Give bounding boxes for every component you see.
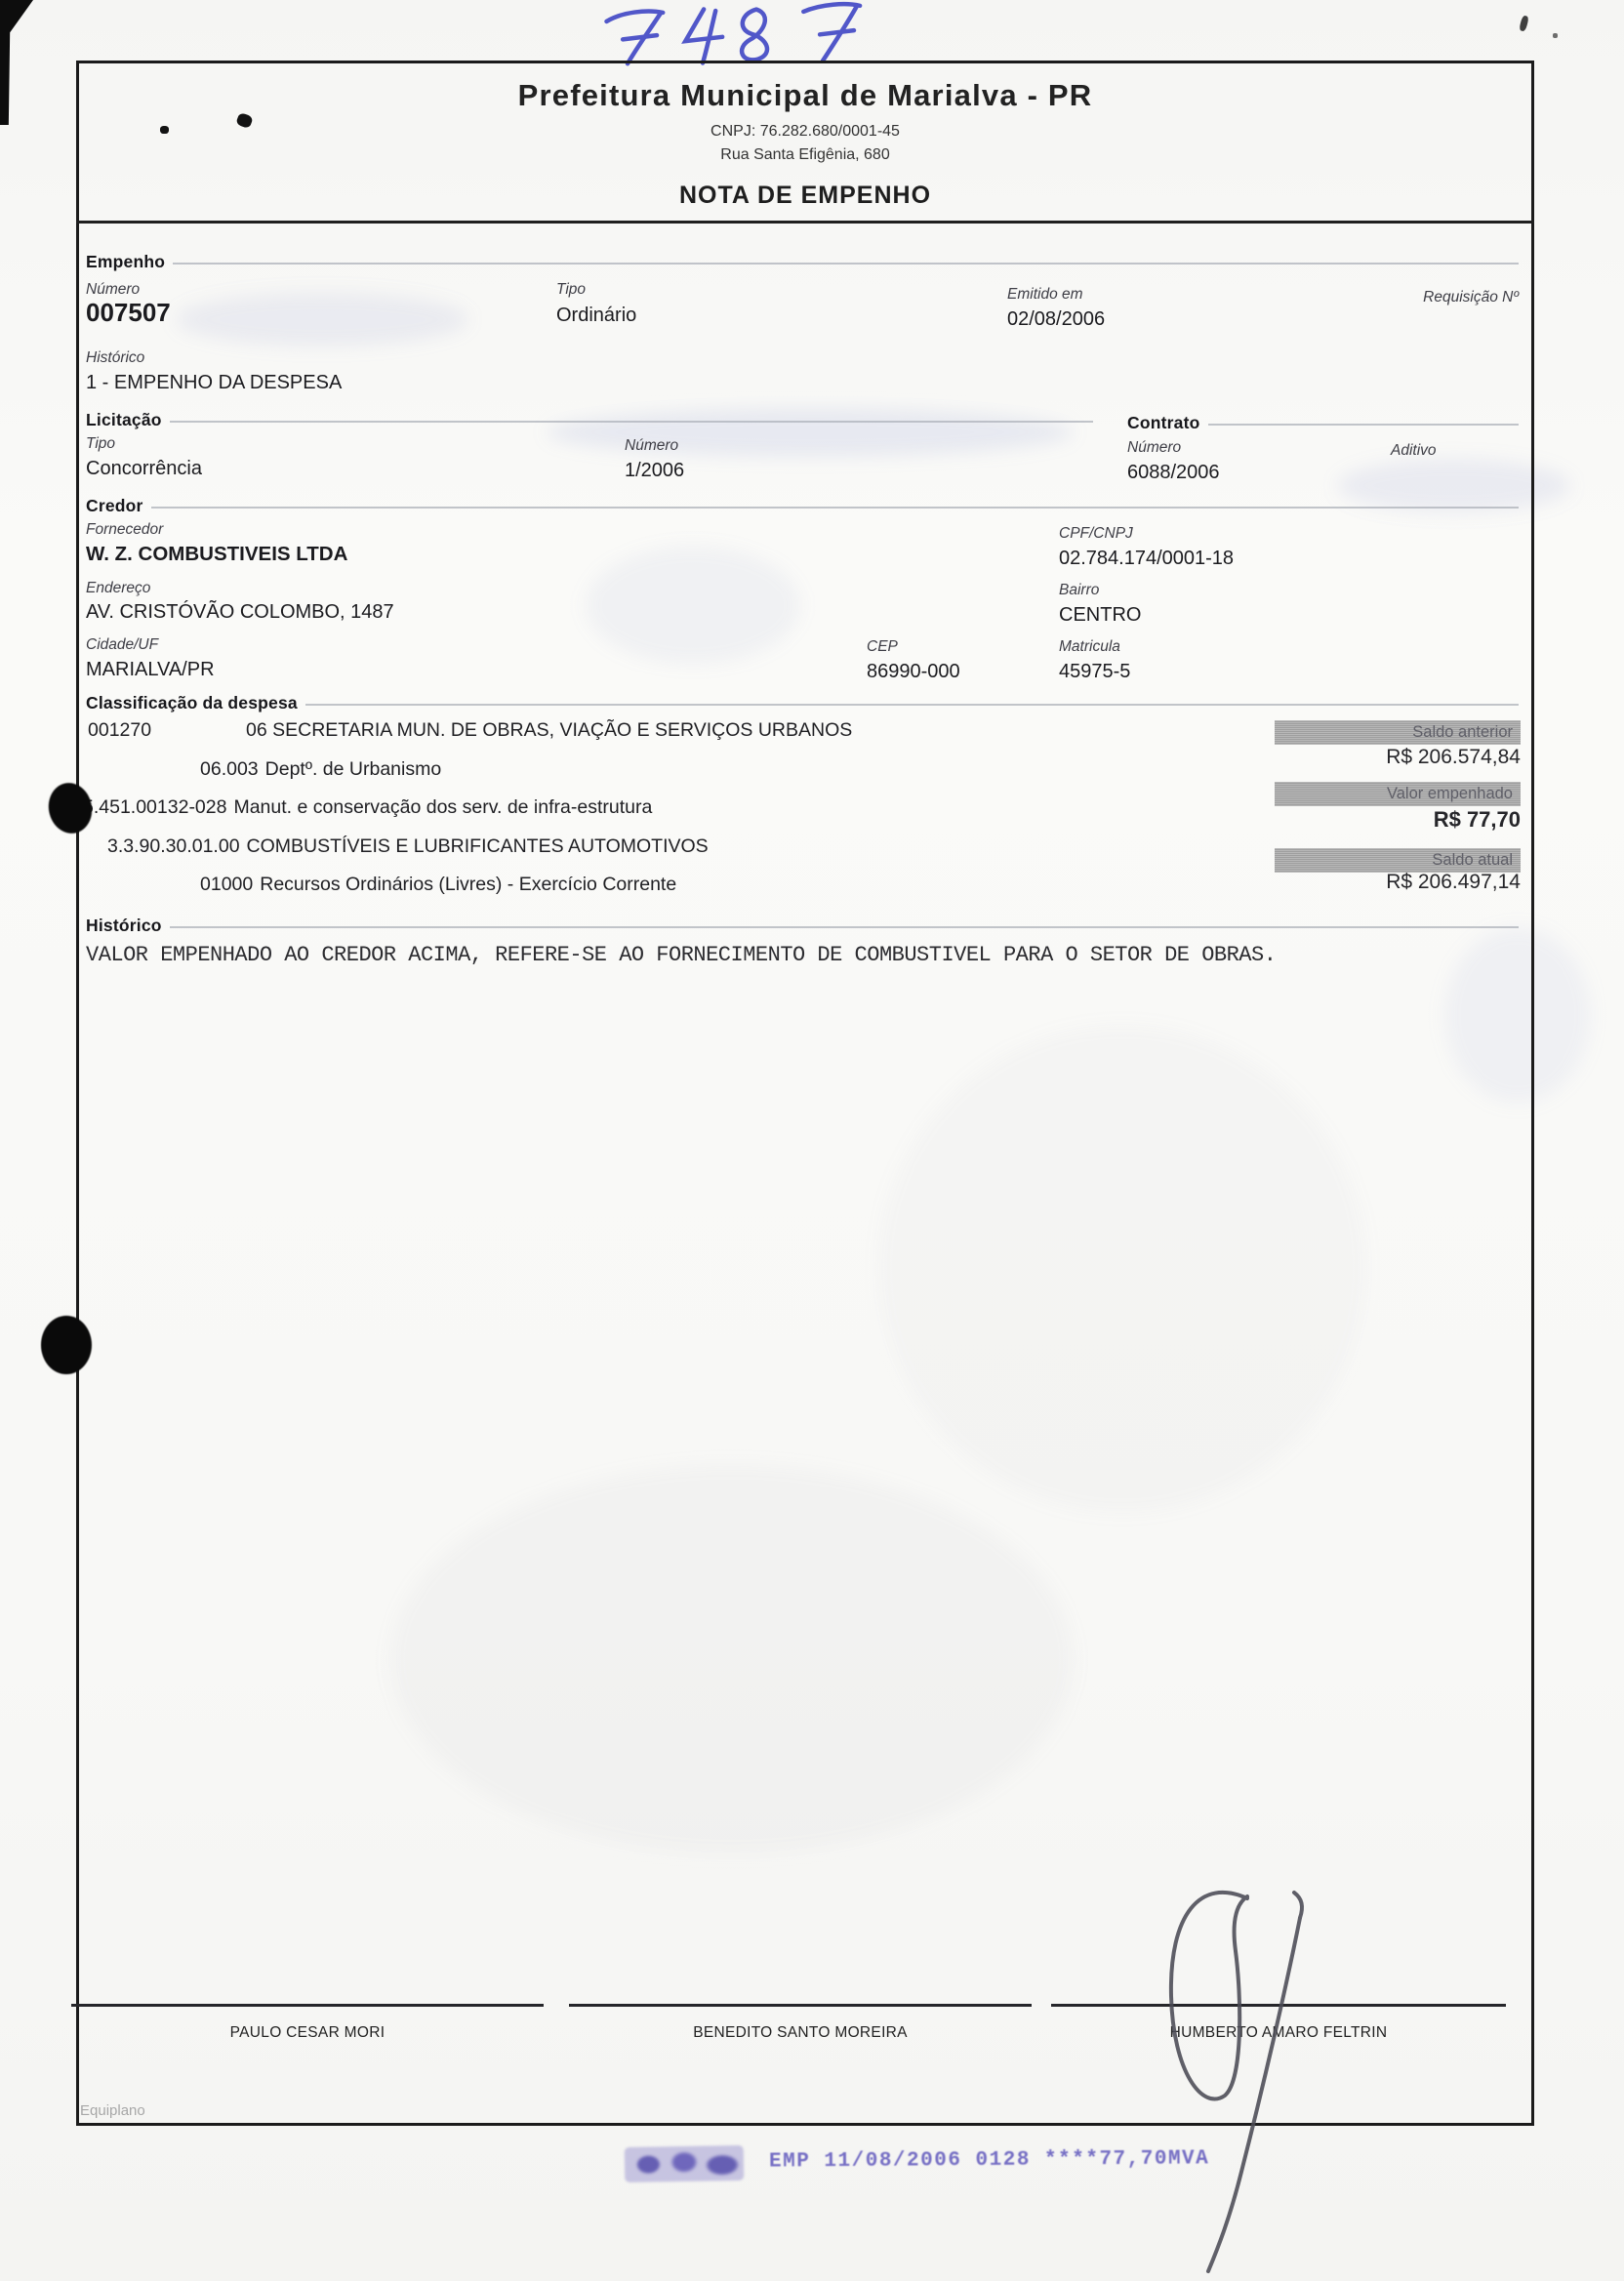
label-bairro: Bairro [1059,582,1099,599]
saldo-atual-bar: Saldo atual [1275,848,1521,873]
value-licitacao-numero: 1/2006 [625,460,684,482]
label-contrato-numero: Número [1127,439,1181,457]
label-empenho-historico: Histórico [86,349,144,367]
saldo-anterior-value: R$ 206.574,84 [1386,746,1521,769]
section-header-contrato: Contrato [1127,413,1519,433]
saldo-atual-value: R$ 206.497,14 [1386,871,1521,894]
validation-stamp-text: EMP 11/08/2006 0128 ****77,70MVA [769,2147,1209,2173]
scanned-document-page: 7487 Prefeitura Municipal de Marialva - … [0,0,1624,2281]
label-requisicao-numero: Requisição Nº [1423,289,1519,306]
handwritten-signature [1132,1850,1347,2279]
value-emitido-em: 02/08/2006 [1007,308,1105,331]
signatory-name: BENEDITO SANTO MOREIRA [569,2024,1032,2042]
classification-code: 06.003 [200,758,259,780]
value-matricula: 45975-5 [1059,661,1130,683]
signature-line [71,2004,544,2007]
section-header-classificacao: Classificação da despesa [86,693,1519,713]
label-licitacao-numero: Número [625,437,678,455]
classification-row: 3.3.90.30.01.00COMBUSTÍVEIS E LUBRIFICAN… [107,835,709,858]
classification-code: 3.3.90.30.01.00 [107,835,240,857]
header-divider-line [76,221,1534,224]
signature-line [569,2004,1032,2007]
saldo-anterior-bar: Saldo anterior [1275,720,1521,745]
validation-stamp-smudge [625,2145,745,2182]
label-empenho-numero: Número [86,281,140,299]
value-contrato-numero: 6088/2006 [1127,462,1220,484]
section-label-classificacao: Classificação da despesa [86,693,298,713]
label-empenho-tipo: Tipo [556,281,586,299]
label-cpf-cnpj: CPF/CNPJ [1059,525,1133,543]
value-licitacao-tipo: Concorrência [86,458,202,480]
section-rule-line [170,421,1093,423]
section-header-credor: Credor [86,496,1519,516]
document-border [76,61,1534,2126]
historico-body-text: VALOR EMPENHADO AO CREDOR ACIMA, REFERE-… [86,943,1276,967]
label-matricula: Matricula [1059,638,1120,656]
valor-empenhado-value: R$ 77,70 [1434,807,1521,833]
classification-desc: Deptº. de Urbanismo [265,758,442,780]
software-vendor-watermark: Equiplano [80,2102,145,2119]
hole-punch [41,1316,92,1374]
value-bairro: CENTRO [1059,604,1141,627]
document-type-title: NOTA DE EMPENHO [76,182,1534,210]
value-fornecedor: W. Z. COMBUSTIVEIS LTDA [86,543,347,566]
header-cnpj: CNPJ: 76.282.680/0001-45 [76,123,1534,141]
section-rule-line [151,507,1519,509]
section-rule-line [1208,424,1519,426]
scan-speck [1519,15,1529,31]
section-rule-line [173,263,1519,265]
section-label-licitacao: Licitação [86,410,162,430]
section-header-empenho: Empenho [86,252,1519,272]
label-emitido-em: Emitido em [1007,286,1083,304]
classification-code: 5.451.00132-028 [83,796,226,818]
label-fornecedor: Fornecedor [86,521,163,539]
scan-speck [1553,33,1558,38]
handwritten-number-text: 7487 [952,14,954,15]
section-label-historico: Histórico [86,916,162,936]
scan-corner-artifact [0,0,33,125]
classification-row: 5.451.00132-028Manut. e conservação dos … [83,796,652,819]
classification-desc: COMBUSTÍVEIS E LUBRIFICANTES AUTOMOTIVOS [247,835,709,857]
section-label-credor: Credor [86,496,143,516]
classification-row: 06.003Deptº. de Urbanismo [200,758,441,781]
value-endereco: AV. CRISTÓVÃO COLOMBO, 1487 [86,601,394,624]
value-cidade-uf: MARIALVA/PR [86,659,215,681]
classification-row: 01000Recursos Ordinários (Livres) - Exer… [200,874,676,896]
label-contrato-aditivo: Aditivo [1391,442,1437,460]
header-address: Rua Santa Efigênia, 680 [76,146,1534,164]
classification-desc: Manut. e conservação dos serv. de infra-… [233,796,652,818]
section-header-licitacao: Licitação [86,410,1093,430]
value-cpf-cnpj: 02.784.174/0001-18 [1059,548,1234,570]
section-header-historico: Histórico [86,916,1519,936]
value-empenho-historico: 1 - EMPENHO DA DESPESA [86,372,342,394]
value-empenho-numero: 007507 [86,298,171,328]
section-label-contrato: Contrato [1127,413,1200,433]
classification-desc: 06 SECRETARIA MUN. DE OBRAS, VIAÇÃO E SE… [246,719,852,741]
label-licitacao-tipo: Tipo [86,435,115,453]
signatory-name: PAULO CESAR MORI [71,2024,544,2042]
label-cidade-uf: Cidade/UF [86,636,158,654]
label-cep: CEP [867,638,898,656]
classification-code: 01000 [200,874,253,895]
value-cep: 86990-000 [867,661,960,683]
label-endereco: Endereço [86,580,150,597]
section-label-empenho: Empenho [86,252,165,272]
classification-row: 00127006 SECRETARIA MUN. DE OBRAS, VIAÇÃ… [88,719,852,742]
classification-code: 001270 [88,719,246,742]
section-rule-line [305,704,1519,706]
page-title: Prefeitura Municipal de Marialva - PR [76,78,1534,113]
valor-empenhado-bar: Valor empenhado [1275,782,1521,806]
classification-desc: Recursos Ordinários (Livres) - Exercício… [260,874,676,895]
value-empenho-tipo: Ordinário [556,305,636,327]
section-rule-line [170,926,1519,928]
